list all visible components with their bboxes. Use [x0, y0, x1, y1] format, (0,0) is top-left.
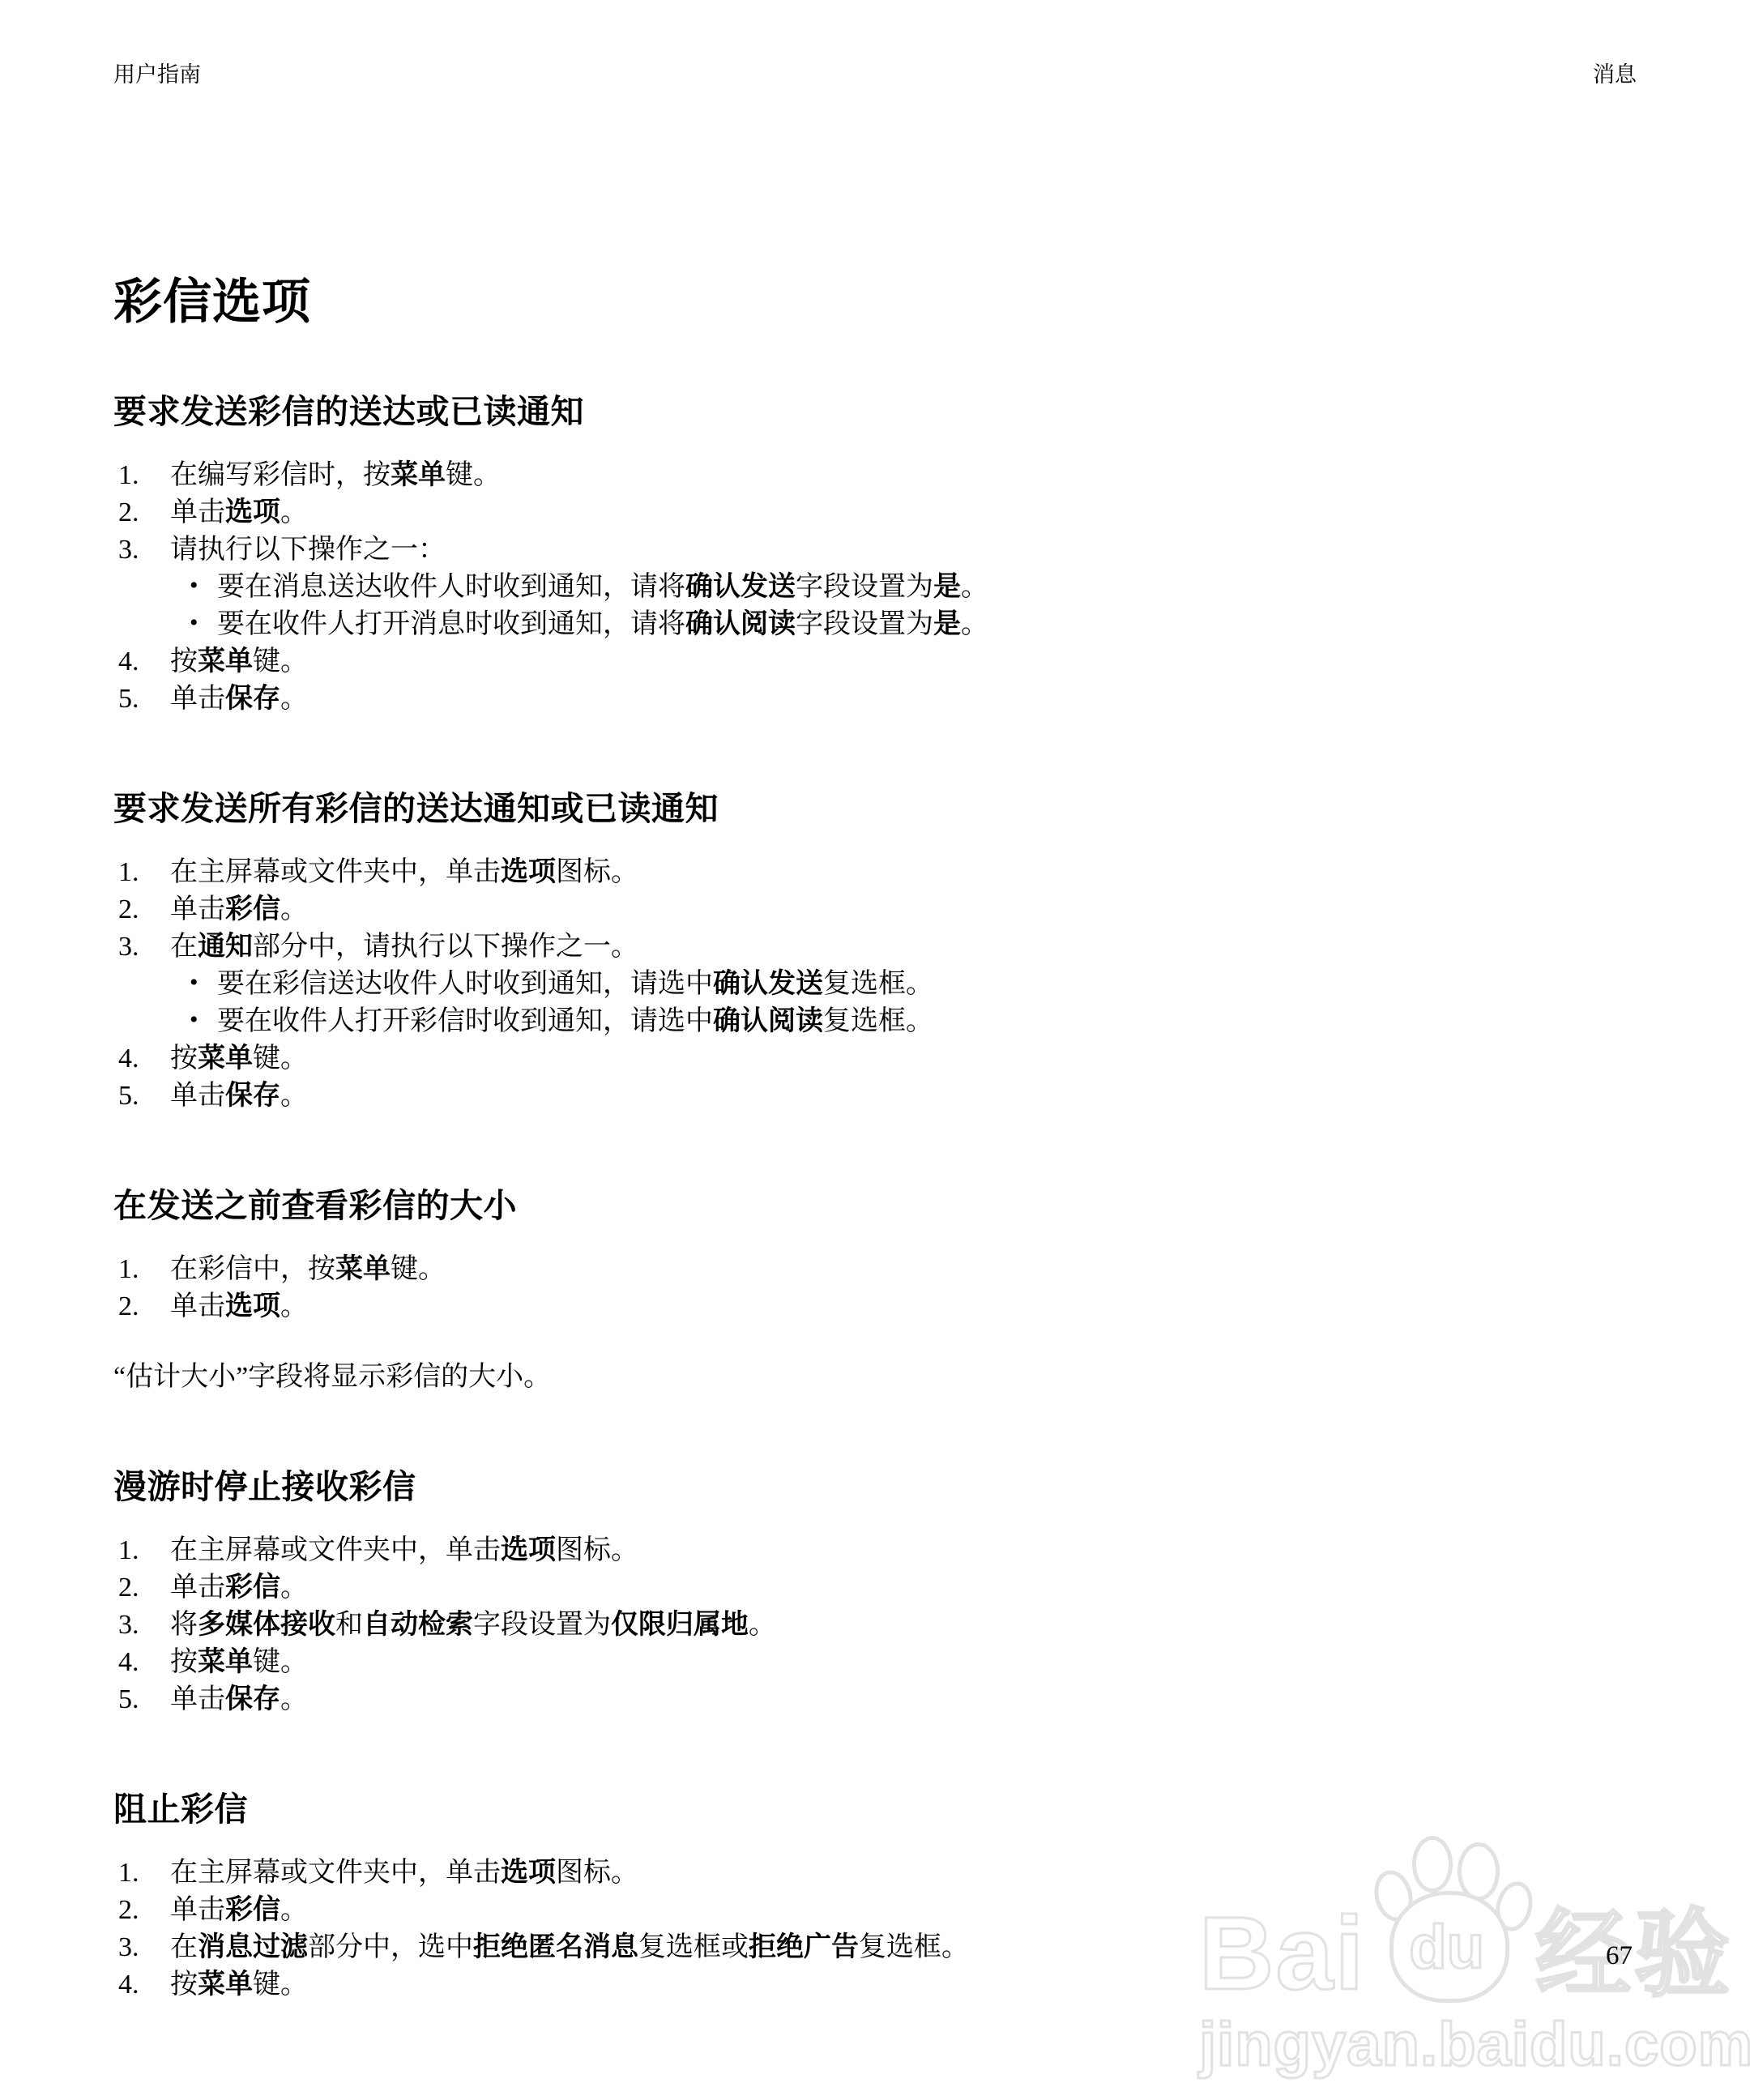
- body-text: 单击: [170, 1081, 225, 1111]
- item-number: 3.: [118, 1607, 139, 1643]
- bold-ui-term: 菜单: [198, 1969, 253, 2000]
- bold-ui-term: 通知: [198, 931, 253, 962]
- numbered-list-item: 2.单击彩信。: [113, 1892, 1637, 1928]
- body-text: 。: [280, 1081, 308, 1111]
- bold-ui-term: 拒绝广告: [749, 1931, 859, 1962]
- guide-section: 阻止彩信1.在主屏幕或文件夹中，单击选项图标。2.单击彩信。3.在消息过滤部分中…: [113, 1782, 1637, 2003]
- body-text: 图标。: [556, 857, 638, 887]
- body-text: 部分中，选中: [308, 1932, 473, 1962]
- guide-section: 漫游时停止接收彩信1.在主屏幕或文件夹中，单击选项图标。2.单击彩信。3.将多媒…: [113, 1460, 1637, 1718]
- body-text: 键。: [253, 1970, 308, 2000]
- numbered-list-item: 4.按菜单键。: [113, 1040, 1637, 1077]
- numbered-list-item: 3.在通知部分中，请执行以下操作之一。: [113, 928, 1637, 965]
- body-text: 图标。: [556, 1858, 638, 1888]
- numbered-list-item: 4.按菜单键。: [113, 1644, 1637, 1680]
- section-heading: 阻止彩信: [113, 1782, 1637, 1830]
- body-text: 部分中，请执行以下操作之一。: [253, 932, 638, 962]
- section-heading: 漫游时停止接收彩信: [113, 1460, 1637, 1508]
- body-text: 单击: [170, 1573, 225, 1603]
- bold-ui-term: 保存: [225, 1080, 280, 1111]
- body-text: 复选框。: [823, 1006, 933, 1036]
- bullet-list-item: •要在彩信送达收件人时收到通知，请选中确认发送复选框。: [113, 966, 1637, 1002]
- bold-ui-term: 是: [933, 608, 961, 639]
- item-number: 3.: [118, 928, 139, 965]
- bold-ui-term: 仅限归属地: [611, 1609, 749, 1640]
- section-heading: 要求发送所有彩信的送达通知或已读通知: [113, 782, 1637, 830]
- body-text: 单击: [170, 894, 225, 924]
- numbered-list-item: 1.在彩信中，按菜单键。: [113, 1251, 1637, 1287]
- bold-ui-term: 拒绝匿名消息: [473, 1931, 638, 1962]
- sections-container: 要求发送彩信的送达或已读通知1.在编写彩信时，按菜单键。2.单击选项。3.请执行…: [113, 385, 1637, 2003]
- body-text: 图标。: [556, 1535, 638, 1565]
- guide-section: 要求发送彩信的送达或已读通知1.在编写彩信时，按菜单键。2.单击选项。3.请执行…: [113, 385, 1637, 717]
- body-text: 。: [280, 497, 308, 527]
- body-text: 复选框。: [859, 1932, 969, 1962]
- body-text: 按: [170, 1647, 198, 1677]
- body-text: 。: [280, 1573, 308, 1603]
- numbered-list-item: 1.在编写彩信时，按菜单键。: [113, 457, 1637, 493]
- item-number: 3.: [118, 531, 139, 568]
- item-number: 1.: [118, 457, 139, 493]
- numbered-list-item: 5.单击保存。: [113, 1078, 1637, 1114]
- numbered-list-item: 4.按菜单键。: [113, 643, 1637, 680]
- bullet-list-item: •要在收件人打开消息时收到通知，请将确认阅读字段设置为是。: [113, 606, 1637, 642]
- bold-ui-term: 消息过滤: [198, 1931, 308, 1962]
- bold-ui-term: 选项: [501, 1857, 556, 1888]
- bold-ui-term: 菜单: [198, 1043, 253, 1073]
- bold-ui-term: 是: [933, 571, 961, 602]
- body-text: 在: [170, 932, 198, 962]
- body-text: 按: [170, 1970, 198, 2000]
- body-text: 键。: [253, 1647, 308, 1677]
- body-text: 单击: [170, 684, 225, 714]
- body-text: 。: [280, 1895, 308, 1925]
- body-text: 单击: [170, 497, 225, 527]
- body-text: 。: [961, 609, 988, 639]
- body-text: 和: [335, 1610, 363, 1640]
- section-note: “估计大小”字段将显示彩信的大小。: [113, 1359, 1637, 1395]
- item-number: 5.: [118, 1078, 139, 1114]
- item-number: 5.: [118, 1681, 139, 1718]
- body-text: 在主屏幕或文件夹中，单击: [170, 1858, 501, 1888]
- body-text: 在主屏幕或文件夹中，单击: [170, 857, 501, 887]
- body-text: 。: [961, 572, 988, 602]
- body-text: 单击: [170, 1684, 225, 1714]
- body-text: 字段设置为: [796, 609, 933, 639]
- item-number: 4.: [118, 1966, 139, 2003]
- page-number: 67: [1606, 1941, 1633, 1971]
- bold-ui-term: 菜单: [391, 459, 446, 490]
- item-number: 4.: [118, 1040, 139, 1077]
- numbered-list-item: 1.在主屏幕或文件夹中，单击选项图标。: [113, 1855, 1637, 1891]
- body-text: 键。: [253, 1044, 308, 1073]
- bullet-marker: •: [190, 1001, 198, 1038]
- bold-ui-term: 彩信: [225, 1572, 280, 1603]
- body-text: 。: [280, 1291, 308, 1321]
- body-text: 。: [280, 894, 308, 924]
- header-left-title: 用户指南: [113, 57, 201, 88]
- header-right-title: 消息: [1593, 57, 1637, 88]
- body-text: 单击: [170, 1895, 225, 1925]
- guide-section: 在发送之前查看彩信的大小1.在彩信中，按菜单键。2.单击选项。“估计大小”字段将…: [113, 1179, 1637, 1395]
- item-number: 2.: [118, 891, 139, 928]
- bold-ui-term: 确认发送: [685, 571, 796, 602]
- numbered-list-item: 5.单击保存。: [113, 681, 1637, 717]
- bold-ui-term: 彩信: [225, 1894, 280, 1925]
- numbered-list-item: 1.在主屏幕或文件夹中，单击选项图标。: [113, 1532, 1637, 1569]
- bullet-list-item: •要在消息送达收件人时收到通知，请将确认发送字段设置为是。: [113, 569, 1637, 605]
- bullet-list-item: •要在收件人打开彩信时收到通知，请选中确认阅读复选框。: [113, 1003, 1637, 1039]
- bullet-marker: •: [190, 604, 198, 641]
- item-number: 2.: [118, 1288, 139, 1325]
- item-number: 2.: [118, 494, 139, 531]
- body-text: 。: [280, 684, 308, 714]
- section-heading: 要求发送彩信的送达或已读通知: [113, 385, 1637, 433]
- item-number: 1.: [118, 1251, 139, 1287]
- item-number: 2.: [118, 1569, 139, 1606]
- body-text: 按: [170, 647, 198, 677]
- document-page: 用户指南 消息 彩信选项 要求发送彩信的送达或已读通知1.在编写彩信时，按菜单键…: [0, 0, 1750, 2100]
- body-text: 键。: [446, 460, 501, 490]
- bold-ui-term: 确认发送: [713, 968, 823, 999]
- numbered-list-item: 2.单击选项。: [113, 494, 1637, 531]
- numbered-list-item: 3.将多媒体接收和自动检索字段设置为仅限归属地。: [113, 1607, 1637, 1643]
- bullet-marker: •: [190, 964, 198, 1001]
- bold-ui-term: 菜单: [198, 1646, 253, 1677]
- bold-ui-term: 确认阅读: [713, 1005, 823, 1036]
- bold-ui-term: 菜单: [198, 646, 253, 677]
- numbered-list-item: 2.单击彩信。: [113, 1569, 1637, 1606]
- bold-ui-term: 选项: [501, 856, 556, 887]
- body-text: 。: [749, 1610, 776, 1640]
- item-number: 2.: [118, 1892, 139, 1928]
- item-number: 5.: [118, 681, 139, 717]
- body-text: 复选框。: [823, 969, 933, 999]
- page-header: 用户指南 消息: [113, 57, 1637, 88]
- item-number: 4.: [118, 1644, 139, 1680]
- body-text: 按: [170, 1044, 198, 1073]
- body-text: 单击: [170, 1291, 225, 1321]
- bold-ui-term: 选项: [225, 497, 280, 527]
- numbered-list-item: 2.单击彩信。: [113, 891, 1637, 928]
- body-text: 要在彩信送达收件人时收到通知，请选中: [217, 969, 713, 999]
- numbered-list-item: 4.按菜单键。: [113, 1966, 1637, 2003]
- bold-ui-term: 保存: [225, 1684, 280, 1714]
- numbered-list-item: 3.请执行以下操作之一：: [113, 531, 1637, 568]
- item-number: 1.: [118, 1855, 139, 1891]
- body-text: 字段设置为: [796, 572, 933, 602]
- bold-ui-term: 保存: [225, 683, 280, 714]
- body-text: 在: [170, 1932, 198, 1962]
- bold-ui-term: 选项: [225, 1291, 280, 1321]
- body-text: 要在收件人打开消息时收到通知，请将: [217, 609, 685, 639]
- numbered-list-item: 3.在消息过滤部分中，选中拒绝匿名消息复选框或拒绝广告复选框。: [113, 1929, 1637, 1966]
- bold-ui-term: 菜单: [335, 1253, 391, 1284]
- body-text: 请执行以下操作之一：: [170, 535, 446, 565]
- bullet-marker: •: [190, 567, 198, 604]
- numbered-list-item: 5.单击保存。: [113, 1681, 1637, 1718]
- section-heading: 在发送之前查看彩信的大小: [113, 1179, 1637, 1227]
- body-text: 复选框或: [638, 1932, 749, 1962]
- item-number: 4.: [118, 643, 139, 680]
- body-text: 要在消息送达收件人时收到通知，请将: [217, 572, 685, 602]
- body-text: 字段设置为: [473, 1610, 611, 1640]
- page-title: 彩信选项: [113, 263, 1637, 333]
- numbered-list-item: 1.在主屏幕或文件夹中，单击选项图标。: [113, 854, 1637, 890]
- bold-ui-term: 自动检索: [363, 1609, 473, 1640]
- bold-ui-term: 彩信: [225, 894, 280, 924]
- body-text: 键。: [253, 647, 308, 677]
- bold-ui-term: 选项: [501, 1534, 556, 1565]
- bold-ui-term: 多媒体接收: [198, 1609, 335, 1640]
- guide-section: 要求发送所有彩信的送达通知或已读通知1.在主屏幕或文件夹中，单击选项图标。2.单…: [113, 782, 1637, 1114]
- body-text: 在编写彩信时，按: [170, 460, 391, 490]
- item-number: 3.: [118, 1929, 139, 1966]
- body-text: 将: [170, 1610, 198, 1640]
- item-number: 1.: [118, 854, 139, 890]
- body-text: 。: [280, 1684, 308, 1714]
- body-text: 在彩信中，按: [170, 1254, 335, 1284]
- body-text: 要在收件人打开彩信时收到通知，请选中: [217, 1006, 713, 1036]
- item-number: 1.: [118, 1532, 139, 1569]
- body-text: 键。: [391, 1254, 446, 1284]
- numbered-list-item: 2.单击选项。: [113, 1288, 1637, 1325]
- body-text: 在主屏幕或文件夹中，单击: [170, 1535, 501, 1565]
- bold-ui-term: 确认阅读: [685, 608, 796, 639]
